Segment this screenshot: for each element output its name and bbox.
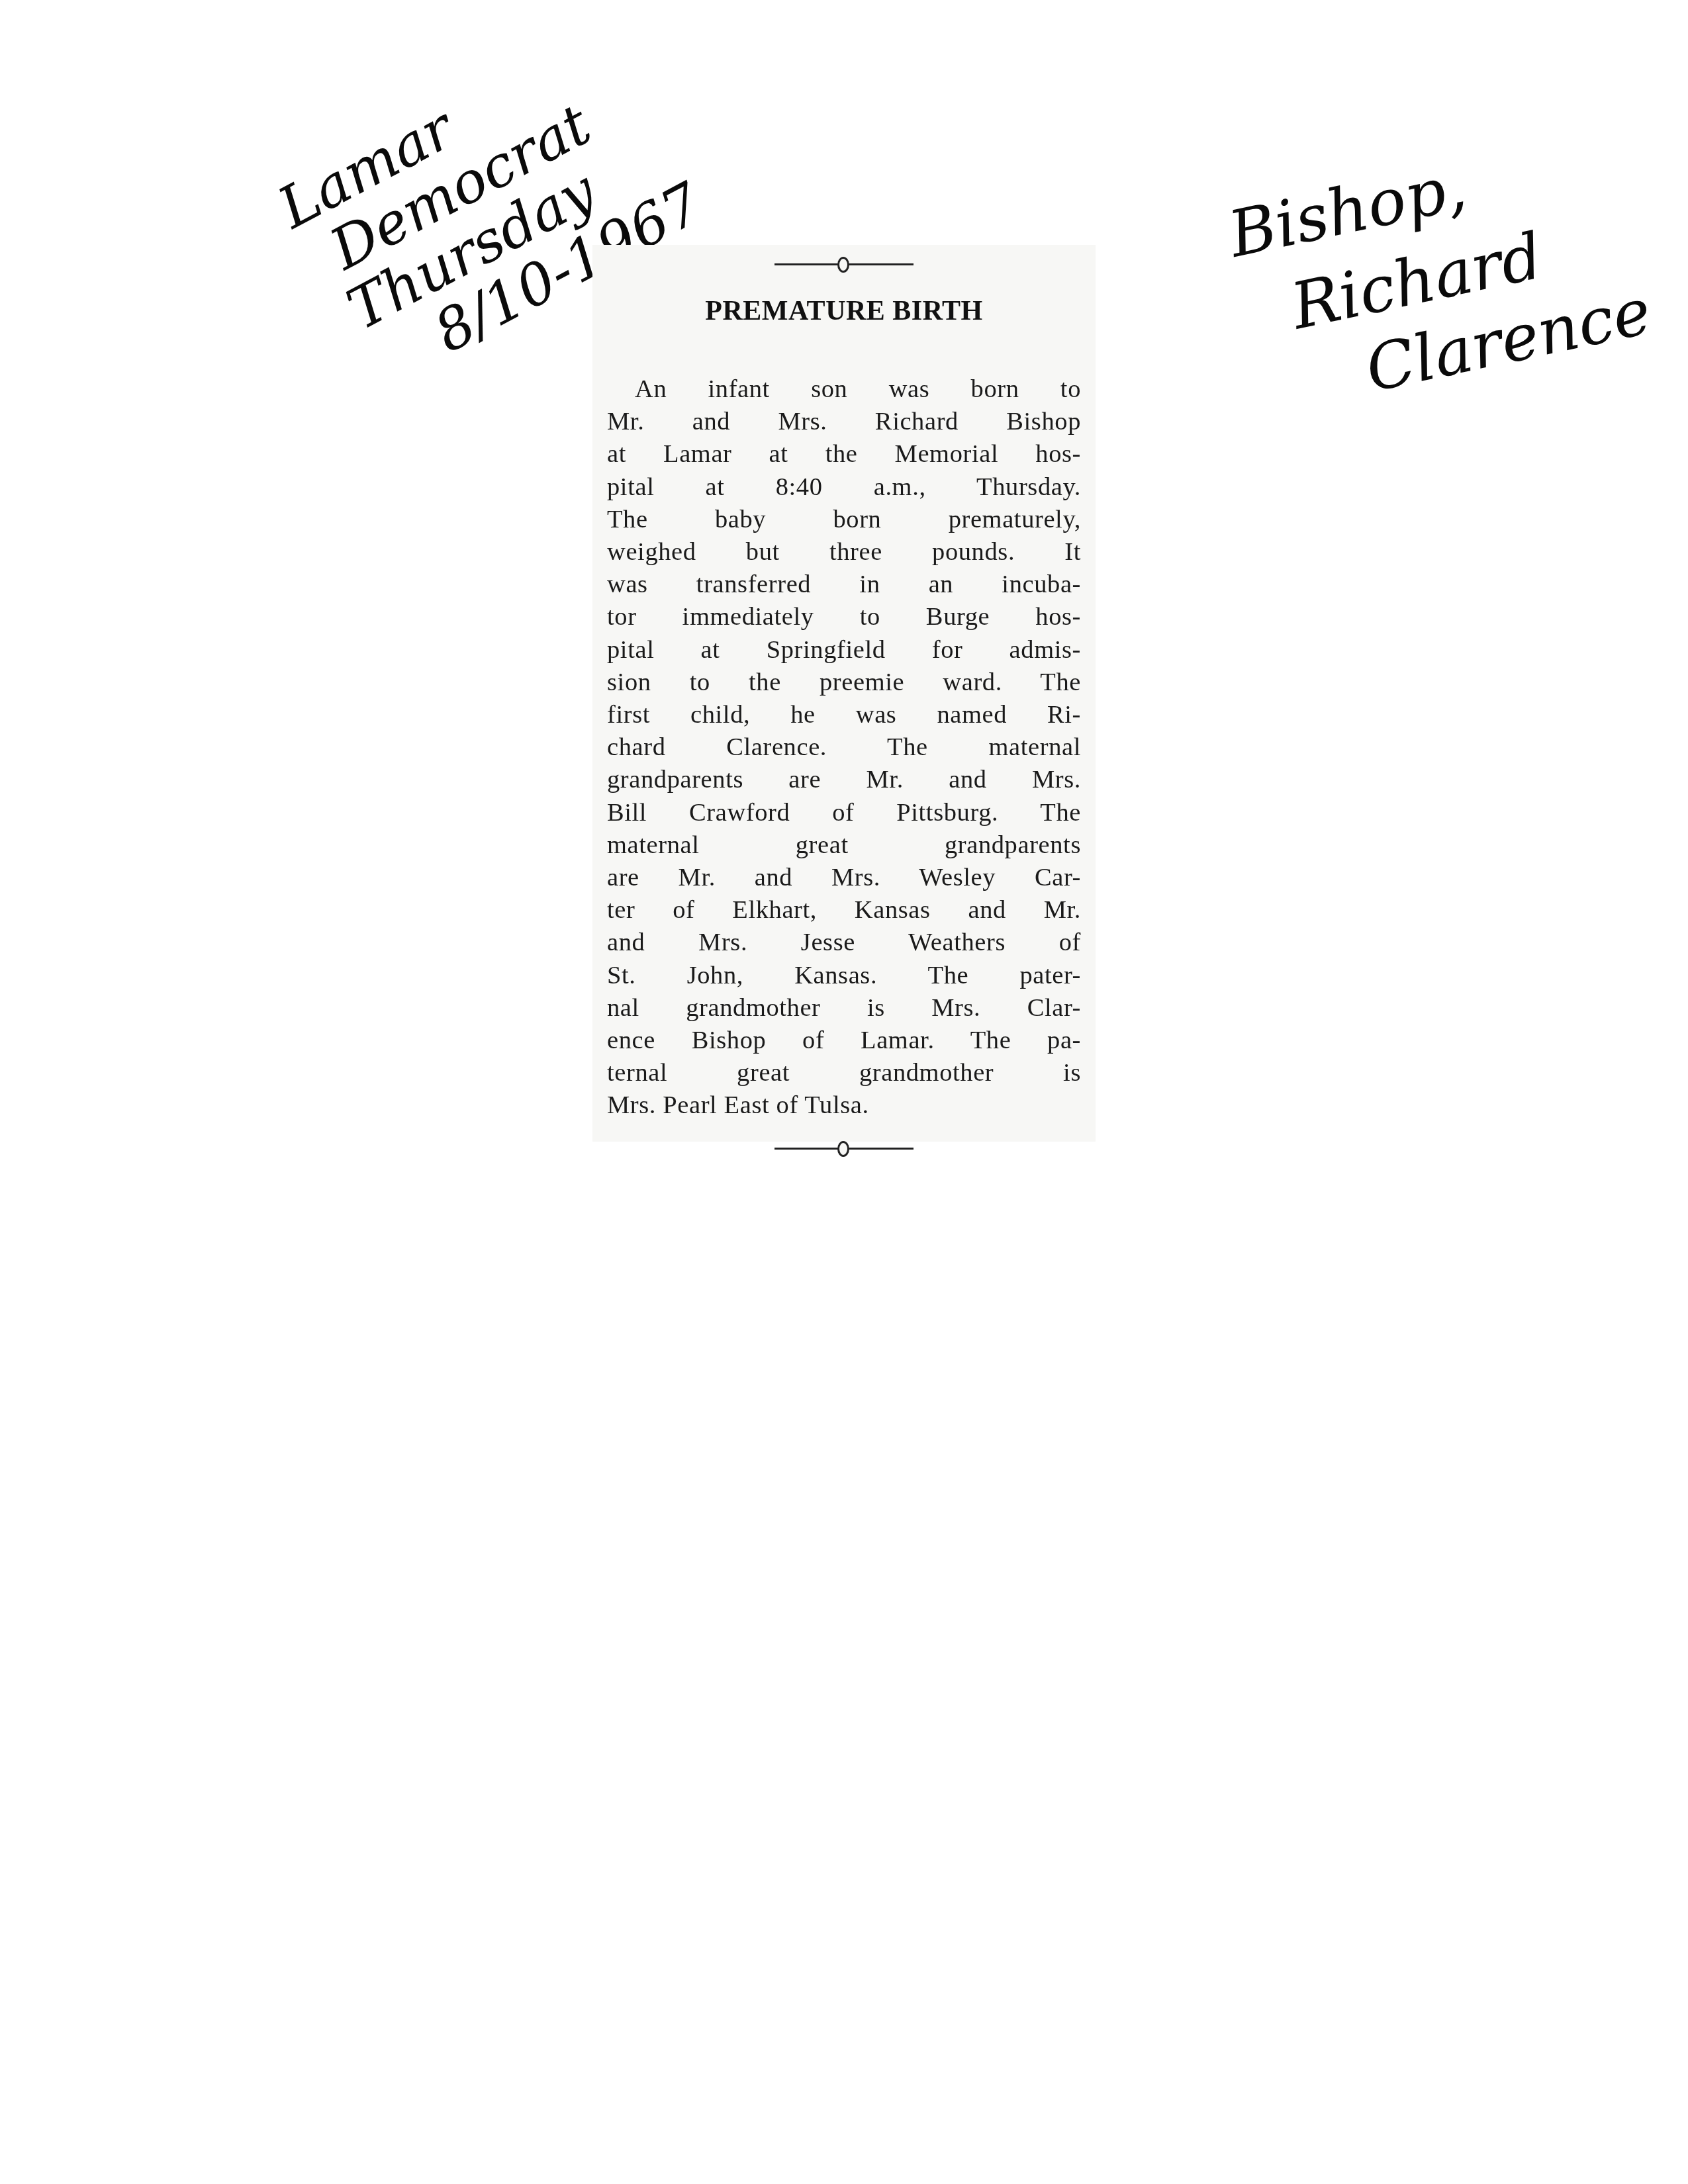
article-line: The baby born prematurely, bbox=[607, 504, 1081, 536]
article-line: ternal great grandmother is bbox=[607, 1057, 1081, 1089]
article-line: at Lamar at the Memorial hos- bbox=[607, 438, 1081, 471]
article-line: was transferred in an incuba- bbox=[607, 569, 1081, 601]
article-line: first child, he was named Ri- bbox=[607, 699, 1081, 731]
article-line: ter of Elkhart, Kansas and Mr. bbox=[607, 894, 1081, 927]
newspaper-clipping: PREMATURE BIRTH An infant son was born t… bbox=[592, 245, 1096, 1142]
article-line: grandparents are Mr. and Mrs. bbox=[607, 764, 1081, 796]
article-line: pital at 8:40 a.m., Thursday. bbox=[607, 471, 1081, 504]
article-line: Mrs. Pearl East of Tulsa. bbox=[607, 1089, 1081, 1122]
article-line: Bill Crawford of Pittsburg. The bbox=[607, 797, 1081, 829]
headline: PREMATURE BIRTH bbox=[607, 295, 1081, 327]
article-line: nal grandmother is Mrs. Clar- bbox=[607, 992, 1081, 1024]
article-line: chard Clarence. The maternal bbox=[607, 731, 1081, 764]
article-line: and Mrs. Jesse Weathers of bbox=[607, 927, 1081, 959]
article-body: An infant son was born toMr. and Mrs. Ri… bbox=[607, 373, 1081, 1122]
article-line: sion to the preemie ward. The bbox=[607, 666, 1081, 699]
article-line: tor immediately to Burge hos- bbox=[607, 601, 1081, 633]
article-line: St. John, Kansas. The pater- bbox=[607, 960, 1081, 992]
ornament-divider-icon bbox=[774, 257, 914, 271]
article-line: pital at Springfield for admis- bbox=[607, 634, 1081, 666]
article-line: Mr. and Mrs. Richard Bishop bbox=[607, 406, 1081, 438]
article-line: maternal great grandparents bbox=[607, 829, 1081, 862]
article-line: weighed but three pounds. It bbox=[607, 536, 1081, 569]
ornament-divider-icon bbox=[774, 1141, 914, 1156]
handwritten-name-note: Bishop, Richard Clarence bbox=[1218, 97, 1656, 424]
article-line: An infant son was born to bbox=[607, 373, 1081, 406]
article-line: ence Bishop of Lamar. The pa- bbox=[607, 1024, 1081, 1057]
article-line: are Mr. and Mrs. Wesley Car- bbox=[607, 862, 1081, 894]
